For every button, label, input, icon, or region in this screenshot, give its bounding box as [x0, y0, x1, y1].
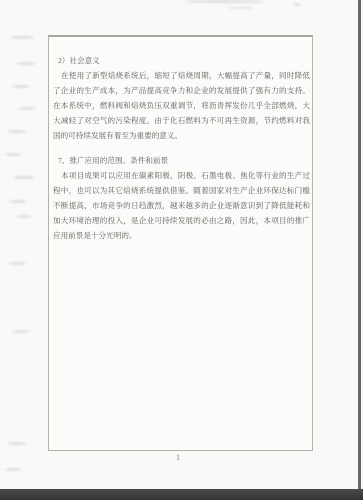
- scan-smudge: [8, 262, 26, 265]
- page-number: 1: [170, 453, 186, 462]
- scan-smudge: [5, 468, 21, 471]
- scan-smudge: [16, 215, 32, 218]
- scan-edge-shadow-right: [358, 0, 361, 494]
- document-table-cell: 2）社会意义 在使用了新型焙烧系统后，缩短了焙烧周期，大幅提高了产量，同时降低了…: [48, 35, 313, 451]
- scan-smudge: [7, 442, 27, 445]
- scan-smudge: [5, 153, 21, 156]
- scan-smudge: [18, 107, 36, 110]
- section-social-significance: 2）社会意义 在使用了新型焙烧系统后，缩短了焙烧周期，大幅提高了产量，同时降低了…: [53, 53, 310, 143]
- section-heading: 7、推广应用的范围、条件和前景: [53, 153, 310, 168]
- scan-smudge: [12, 85, 30, 88]
- scan-smudge: [7, 130, 27, 133]
- scan-smudge: [10, 36, 34, 39]
- scanned-page: 2）社会意义 在使用了新型焙烧系统后，缩短了焙烧周期，大幅提高了产量，同时降低了…: [0, 0, 363, 500]
- scan-smudge: [228, 7, 254, 9]
- section-body: 本项目成果可以应用在碳素阳极、阴极、石墨电极、焦化等行业的生产过程中，也可以为其…: [53, 168, 310, 243]
- scan-smudge: [13, 176, 35, 179]
- scan-edge-shadow-bottom: [0, 489, 363, 500]
- scan-smudge: [16, 62, 36, 65]
- scan-smudge: [293, 3, 301, 6]
- scan-smudge: [185, 0, 265, 3]
- section-body: 在使用了新型焙烧系统后，缩短了焙烧周期，大幅提高了产量，同时降低了企业的生产成本…: [53, 68, 310, 143]
- scan-smudge: [12, 330, 30, 333]
- document-text-block: 2）社会意义 在使用了新型焙烧系统后，缩短了焙烧周期，大幅提高了产量，同时降低了…: [53, 53, 310, 243]
- section-heading: 2）社会意义: [53, 53, 310, 68]
- scan-smudge: [9, 200, 27, 203]
- section-promotion-prospects: 7、推广应用的范围、条件和前景 本项目成果可以应用在碳素阳极、阴极、石墨电极、焦…: [53, 153, 310, 243]
